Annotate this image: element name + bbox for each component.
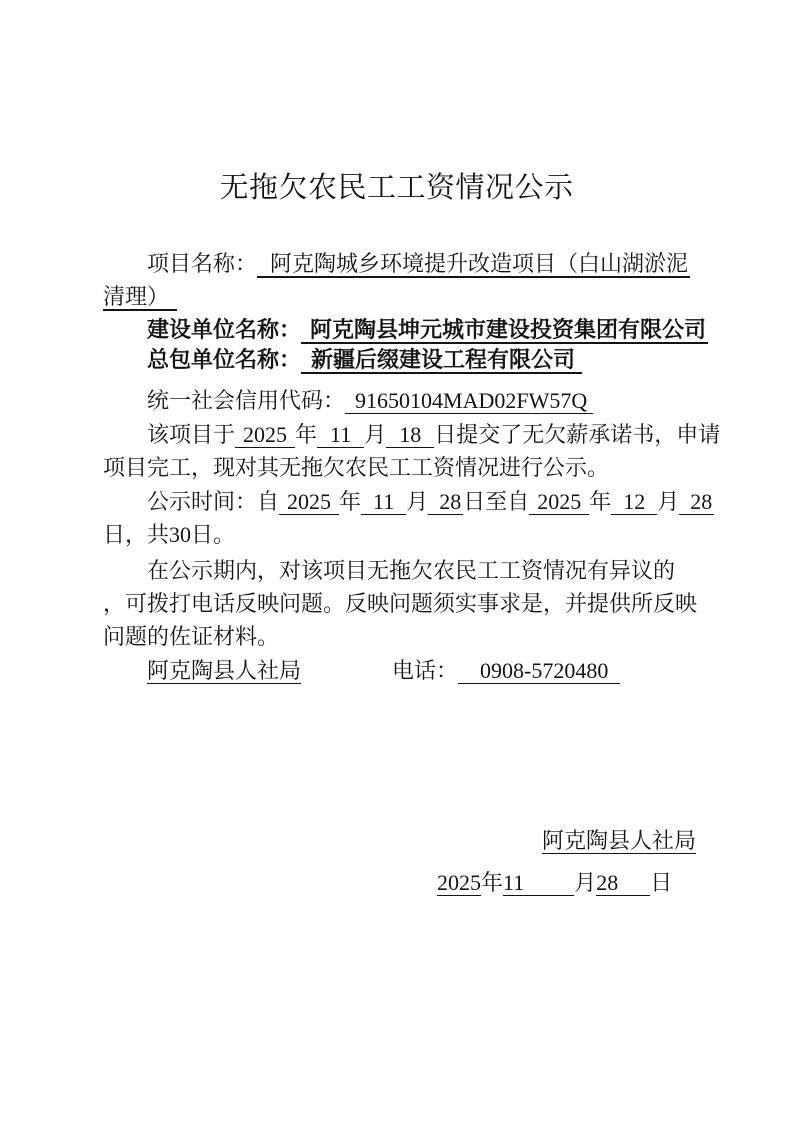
contact-agency: 阿克陶县人社局 bbox=[147, 658, 301, 684]
contractor-unit-label: 总包单位名称： bbox=[147, 347, 301, 372]
period-to-year: 2025 bbox=[529, 489, 589, 515]
project-name-value-line2: 清理） bbox=[103, 284, 177, 311]
commitment-prefix: 该项目于 bbox=[147, 422, 235, 447]
notice-page: 无拖欠农民工工资情况公示 项目名称：阿克陶城乡环境提升改造项目（白山湖淤泥 清理… bbox=[0, 0, 793, 1122]
credit-code-value: 91650104MAD02FW57Q bbox=[345, 388, 593, 414]
period-to-month-unit: 月 bbox=[657, 489, 679, 514]
contact-phone-label: 电话： bbox=[392, 658, 458, 683]
period-from-year: 2025 bbox=[279, 489, 339, 515]
contractor-unit-line: 总包单位名称：新疆后缀建设工程有限公司 bbox=[147, 346, 582, 374]
signature-day-unit: 日 bbox=[650, 870, 672, 895]
commitment-month-unit: 月 bbox=[364, 422, 386, 447]
signature-agency-line: 阿克陶县人社局 bbox=[542, 827, 696, 855]
period-from-month: 11 bbox=[361, 489, 406, 515]
commitment-line2: 项目完工，现对其无拖欠农民工工资情况进行公示。 bbox=[103, 454, 609, 482]
period-line2: 日，共30日。 bbox=[103, 521, 235, 549]
commitment-day: 18 bbox=[386, 422, 434, 448]
signature-day: 28 bbox=[596, 870, 650, 896]
contractor-unit-value: 新疆后缀建设工程有限公司 bbox=[301, 347, 582, 374]
page-title: 无拖欠农民工工资情况公示 bbox=[0, 170, 793, 206]
commitment-month: 11 bbox=[317, 422, 364, 448]
period-middle: 日至自 bbox=[463, 489, 529, 514]
credit-code-label: 统一社会信用代码： bbox=[147, 388, 345, 413]
construction-unit-value: 阿克陶县坤元城市建设投资集团有限公司 bbox=[301, 317, 708, 344]
objection-line3: 问题的佐证材料。 bbox=[103, 623, 279, 651]
commitment-year: 2025 bbox=[235, 422, 295, 448]
period-from-day: 28 bbox=[428, 489, 463, 515]
commitment-year-unit: 年 bbox=[295, 422, 317, 447]
project-name-line1: 项目名称：阿克陶城乡环境提升改造项目（白山湖淤泥 bbox=[147, 250, 690, 278]
period-label: 公示时间： bbox=[147, 489, 257, 514]
project-name-label: 项目名称： bbox=[147, 251, 257, 276]
project-name-line2: 清理） bbox=[103, 283, 177, 311]
signature-month: 11 bbox=[503, 870, 574, 896]
contact-phone-number: 0908-5720480 bbox=[458, 658, 620, 684]
commitment-line1: 该项目于2025年11月18日提交了无欠薪承诺书，申请 bbox=[147, 421, 720, 449]
objection-line2: ，可拨打电话反映问题。反映问题须实事求是，并提供所反映 bbox=[103, 590, 697, 618]
period-to-month: 12 bbox=[611, 489, 657, 515]
period-to-year-unit: 年 bbox=[589, 489, 611, 514]
signature-year: 2025 bbox=[437, 870, 481, 896]
period-line1: 公示时间：自2025年11月28日至自2025年12月28 bbox=[147, 488, 714, 516]
contact-line: 阿克陶县人社局电话：0908-5720480 bbox=[147, 657, 620, 685]
signature-agency: 阿克陶县人社局 bbox=[542, 828, 696, 854]
period-from-year-unit: 年 bbox=[339, 489, 361, 514]
signature-date-line: 2025年11月28日 bbox=[437, 869, 672, 897]
period-from-month-unit: 月 bbox=[406, 489, 428, 514]
signature-month-unit: 月 bbox=[574, 870, 596, 895]
commitment-line1-rest: 日提交了无欠薪承诺书，申请 bbox=[434, 422, 720, 447]
signature-year-unit: 年 bbox=[481, 870, 503, 895]
credit-code-line: 统一社会信用代码：91650104MAD02FW57Q bbox=[147, 387, 593, 415]
objection-line1: 在公示期内，对该项目无拖欠农民工工资情况有异议的 bbox=[147, 557, 675, 585]
project-name-value-line1: 阿克陶城乡环境提升改造项目（白山湖淤泥 bbox=[257, 251, 690, 278]
construction-unit-label: 建设单位名称： bbox=[147, 317, 301, 342]
period-from-prefix: 自 bbox=[257, 489, 279, 514]
construction-unit-line: 建设单位名称：阿克陶县坤元城市建设投资集团有限公司 bbox=[147, 316, 708, 344]
period-to-day: 28 bbox=[679, 489, 714, 515]
